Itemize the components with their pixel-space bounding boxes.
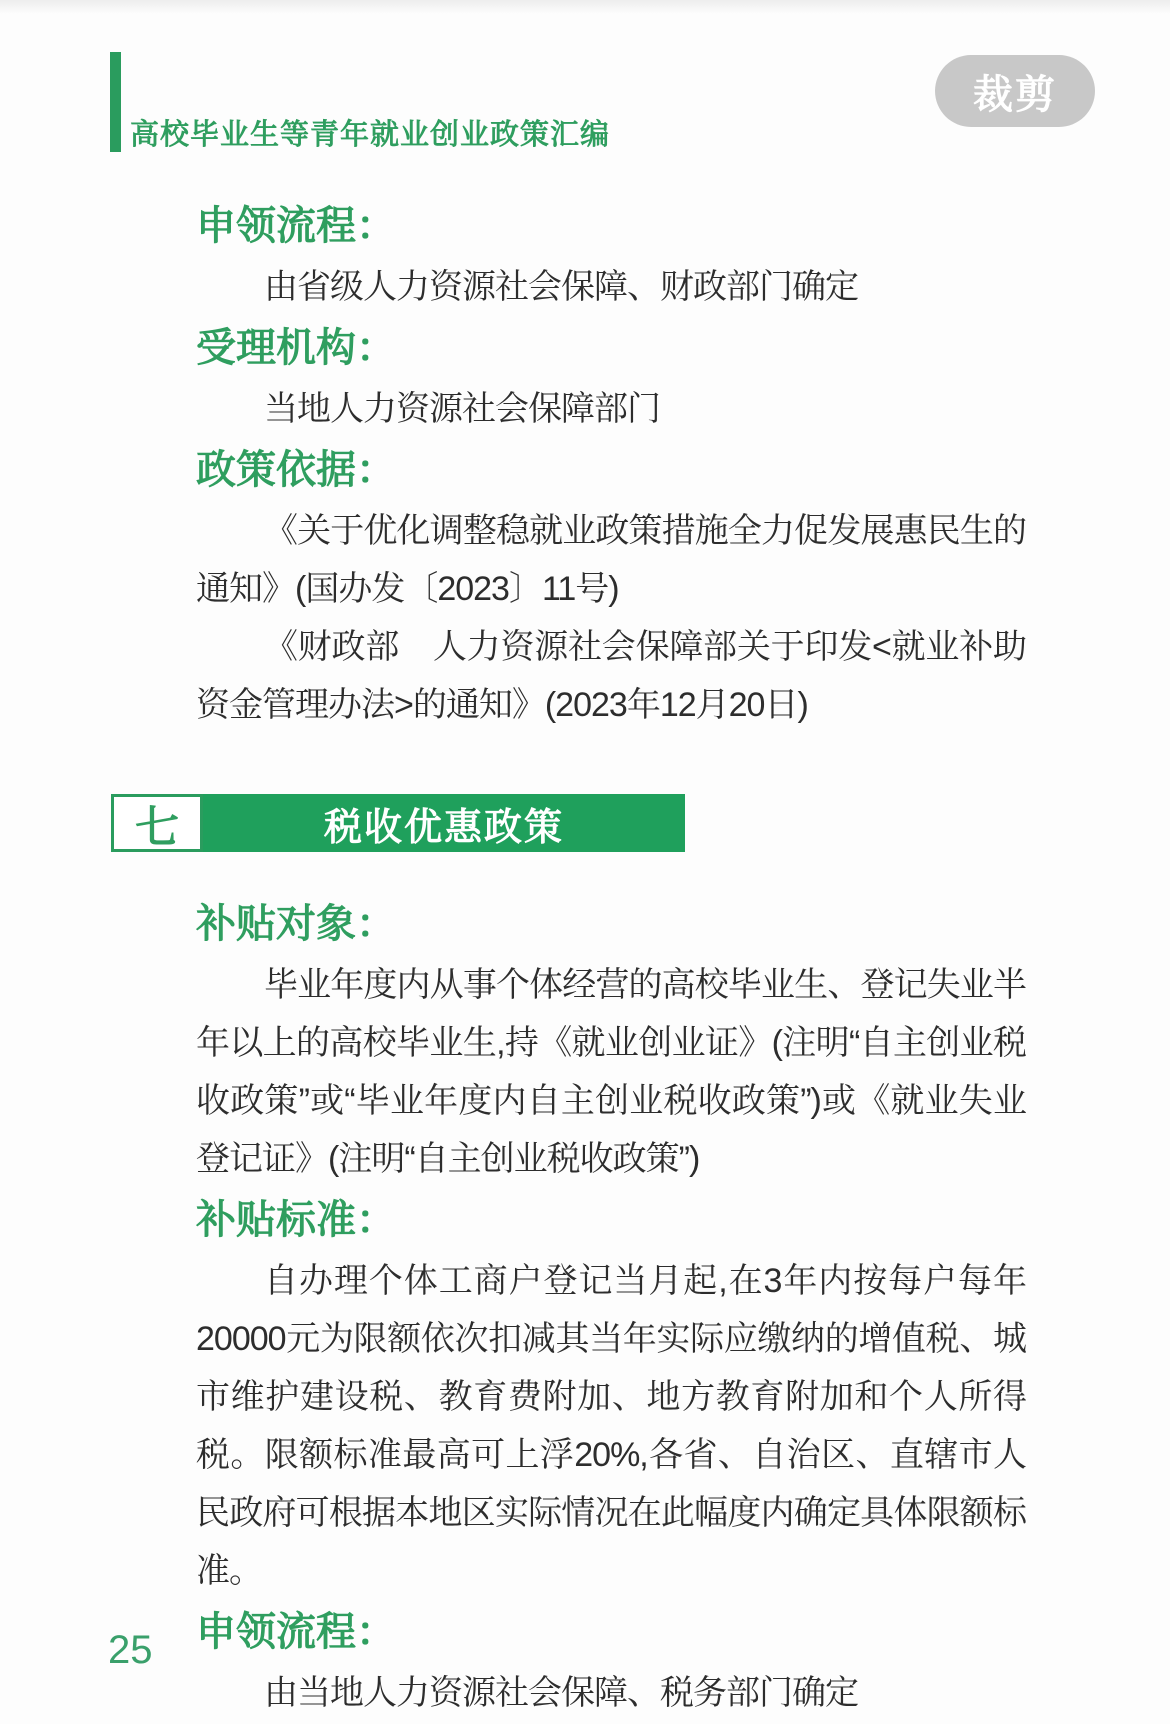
section-application-process-2: 申领流程： 由当地人力资源社会保障、税务部门确定	[196, 1608, 1026, 1722]
page-number: 25	[108, 1628, 153, 1673]
crop-button[interactable]: 裁剪	[935, 55, 1095, 127]
section-paragraph: 由当地人力资源社会保障、税务部门确定	[196, 1664, 1026, 1722]
page-content: 申领流程： 由省级人力资源社会保障、财政部门确定 受理机构： 当地人力资源社会保…	[196, 202, 1026, 1722]
section-heading: 申领流程：	[196, 1608, 1026, 1656]
section-accepting-agency: 受理机构： 当地人力资源社会保障部门	[196, 324, 1026, 438]
section-policy-basis: 政策依据： 《关于优化调整稳就业政策措施全力促发展惠民生的通知》(国办发〔202…	[196, 446, 1026, 734]
section-paragraph: 毕业年度内从事个体经营的高校毕业生、登记失业半年以上的高校毕业生,持《就业创业证…	[196, 956, 1026, 1188]
section-paragraph: 当地人力资源社会保障部门	[196, 380, 1026, 438]
chapter-title-bar: 税收优惠政策	[203, 794, 685, 852]
chapter-banner: 七 税收优惠政策	[111, 794, 685, 852]
section-paragraph: 由省级人力资源社会保障、财政部门确定	[196, 258, 1026, 316]
section-heading: 补贴对象：	[196, 900, 1026, 948]
section-paragraph: 《财政部 人力资源社会保障部关于印发<就业补助资金管理办法>的通知》(2023年…	[196, 618, 1026, 734]
section-paragraph: 《关于优化调整稳就业政策措施全力促发展惠民生的通知》(国办发〔2023〕11号)	[196, 502, 1026, 618]
section-application-process-1: 申领流程： 由省级人力资源社会保障、财政部门确定	[196, 202, 1026, 316]
header-accent-bar	[110, 52, 121, 152]
section-subsidy-standard: 补贴标准： 自办理个体工商户登记当月起,在3年内按每户每年20000元为限额依次…	[196, 1196, 1026, 1600]
section-heading: 补贴标准：	[196, 1196, 1026, 1244]
section-subsidy-target: 补贴对象： 毕业年度内从事个体经营的高校毕业生、登记失业半年以上的高校毕业生,持…	[196, 900, 1026, 1188]
photo-edge-shading	[0, 0, 1170, 14]
section-heading: 政策依据：	[196, 446, 1026, 494]
document-header-title: 高校毕业生等青年就业创业政策汇编	[130, 112, 610, 153]
chapter-number-box: 七	[111, 794, 203, 852]
section-paragraph: 自办理个体工商户登记当月起,在3年内按每户每年20000元为限额依次扣减其当年实…	[196, 1252, 1026, 1600]
section-heading: 申领流程：	[196, 202, 1026, 250]
section-heading: 受理机构：	[196, 324, 1026, 372]
